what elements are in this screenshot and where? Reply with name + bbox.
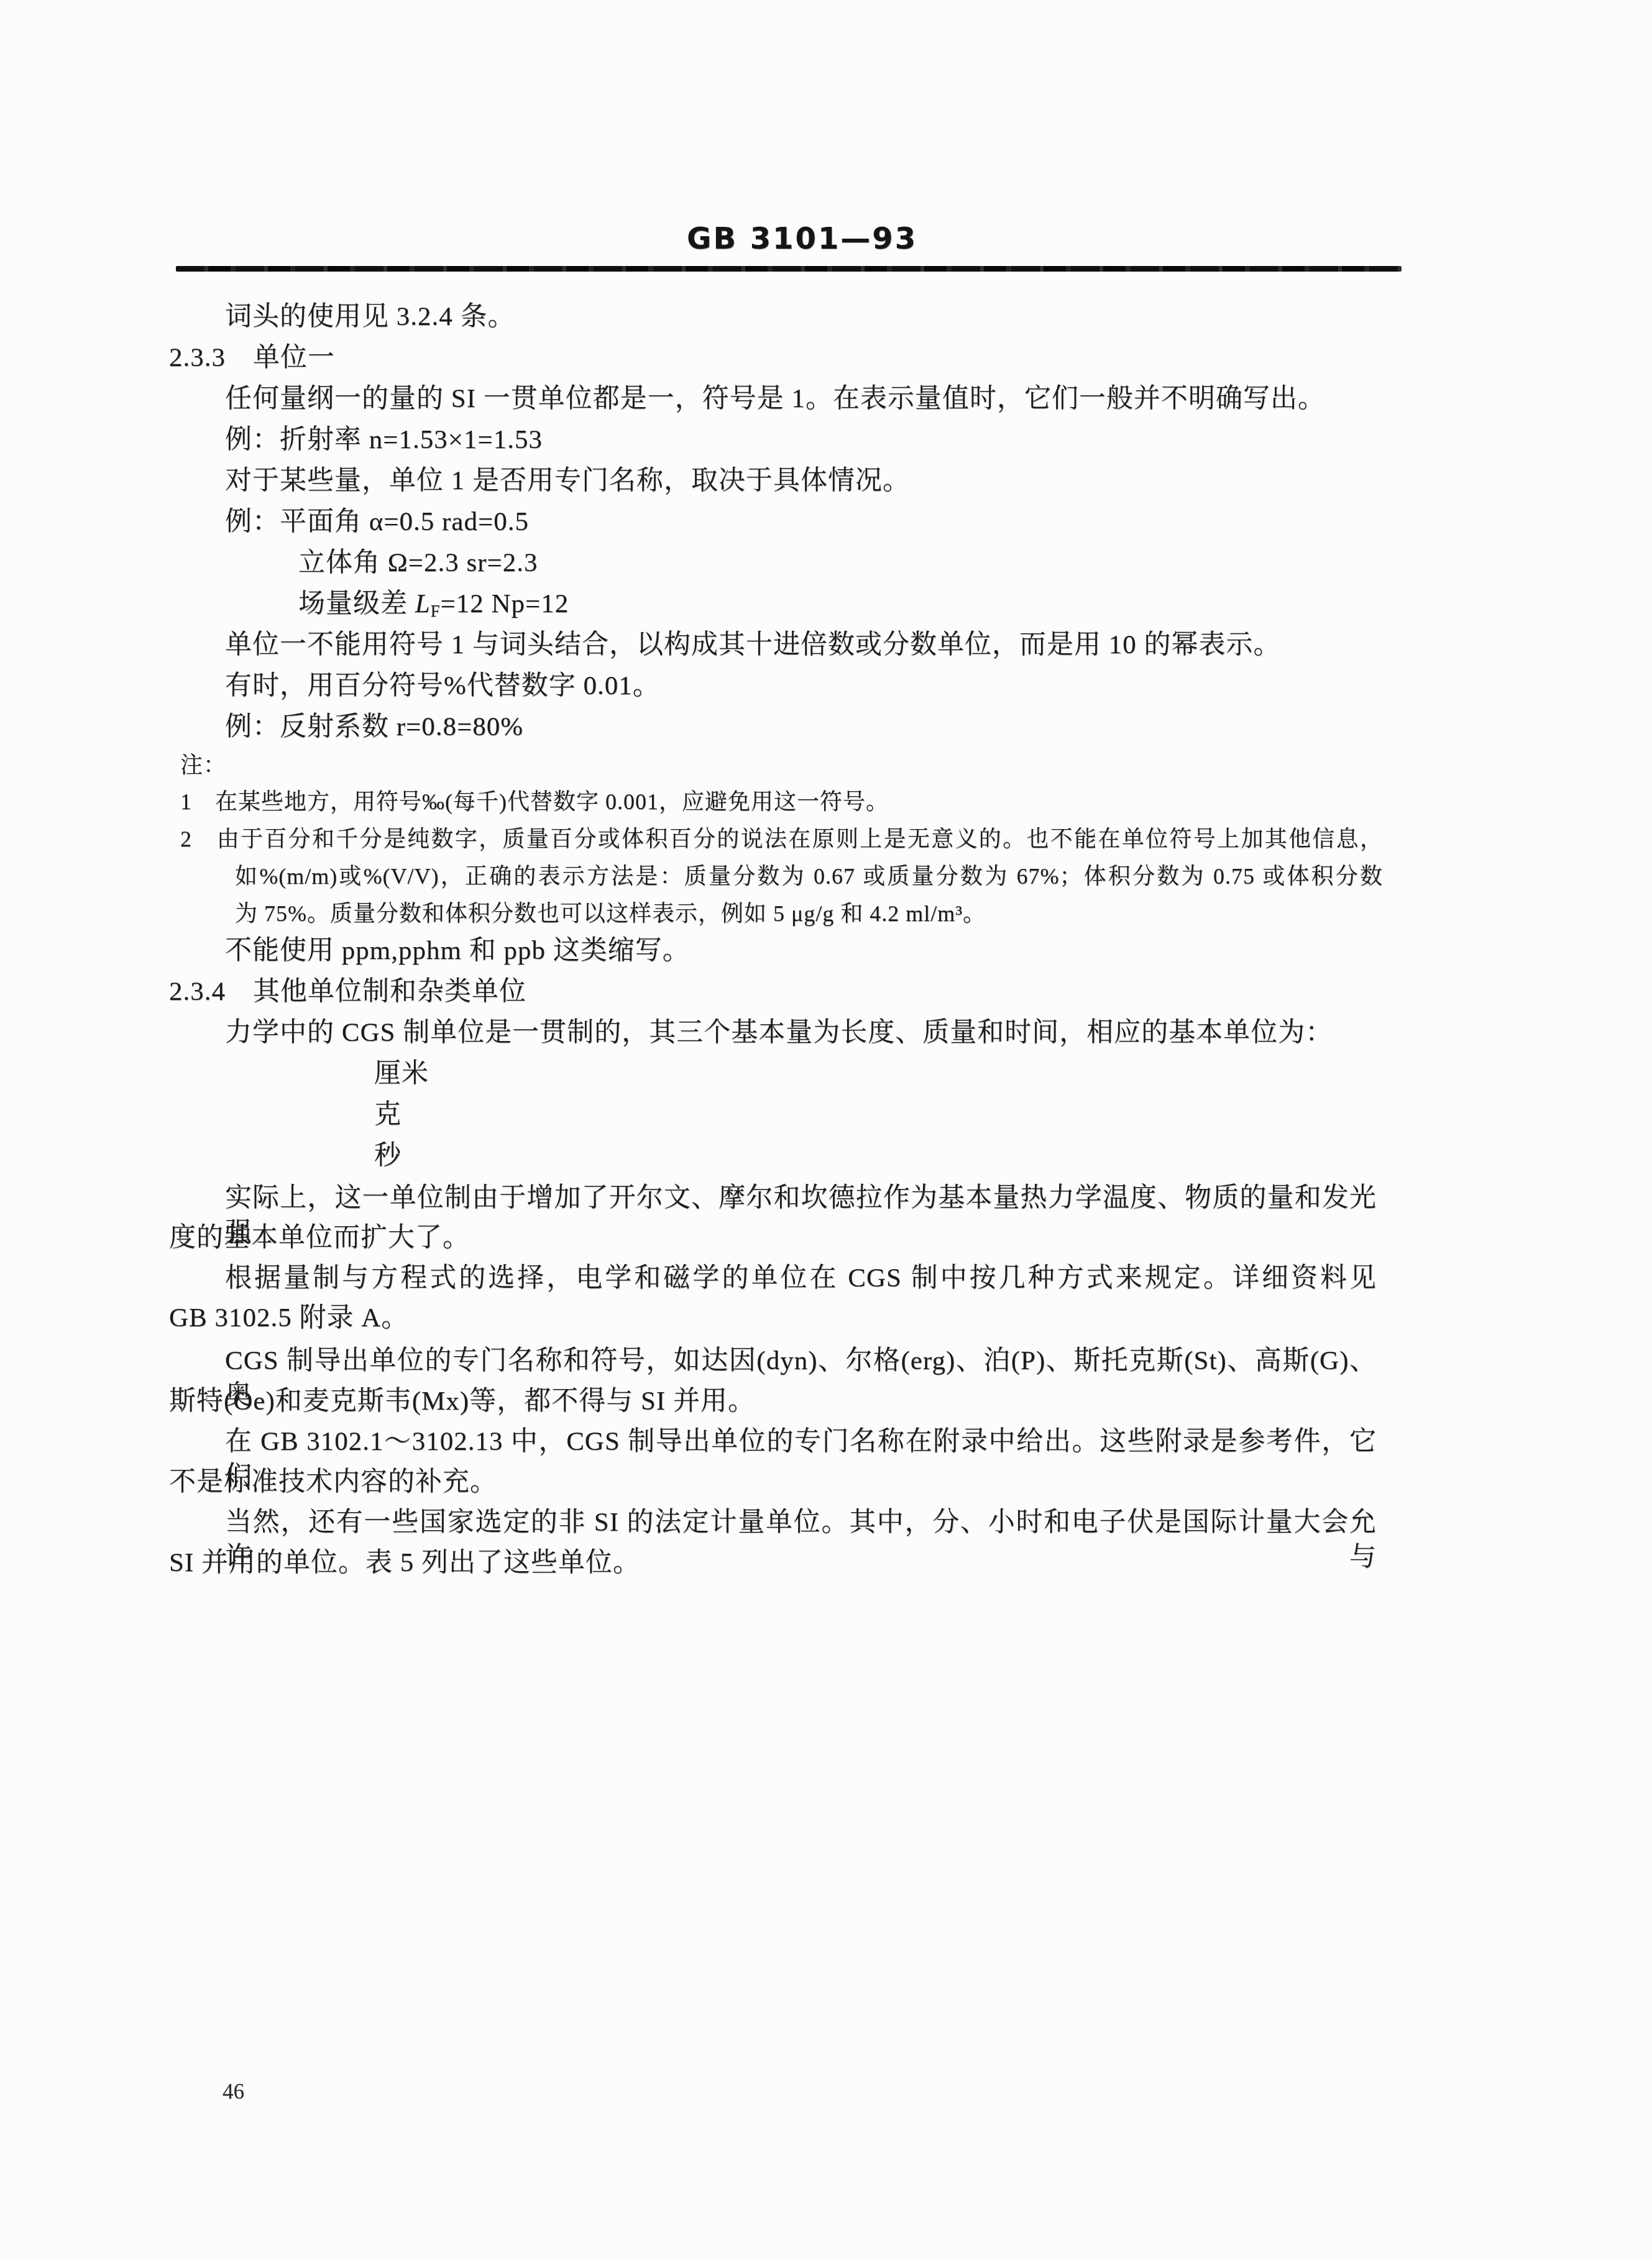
field-level-label: 场量级差 bbox=[298, 589, 415, 618]
section-heading: 2.3.3 单位一 bbox=[169, 341, 335, 375]
unit-name-line: 克 bbox=[374, 1098, 402, 1132]
example-line: 例：反射系数 r=0.8=80% bbox=[225, 710, 523, 745]
standard-number: GB 3101—93 bbox=[687, 221, 917, 256]
unit-name-line: 秒 bbox=[374, 1139, 402, 1173]
note-line: 1 在某些地方，用符号‰(每千)代替数字 0.001，应避免用这一符号。 bbox=[180, 787, 889, 817]
body-line: 对于某些量，单位 1 是否用专门名称，取决于具体情况。 bbox=[225, 464, 910, 498]
example-line: 例：折射率 n=1.53×1=1.53 bbox=[225, 423, 543, 457]
body-line: 词头的使用见 3.2.4 条。 bbox=[225, 300, 515, 334]
note-label: 注： bbox=[180, 750, 226, 780]
scanned-document-page: GB 3101—93 词头的使用见 3.2.4 条。 2.3.3 单位一 任何量… bbox=[0, 0, 1652, 2261]
body-line: 力学中的 CGS 制单位是一贯制的，其三个基本量为长度、质量和时间，相应的基本单… bbox=[225, 1016, 1333, 1050]
header-rule bbox=[176, 266, 1402, 272]
page-number: 46 bbox=[223, 2080, 244, 2104]
body-line: GB 3102.5 附录 A。 bbox=[169, 1301, 408, 1336]
body-line: 有时，用百分符号%代替数字 0.01。 bbox=[225, 669, 660, 704]
example-line: 例：平面角 α=0.5 rad=0.5 bbox=[225, 505, 529, 539]
example-line: 立体角 Ω=2.3 sr=2.3 bbox=[298, 546, 538, 580]
body-line: 根据量制与方程式的选择，电学和磁学的单位在 CGS 制中按几种方式来规定。详细资… bbox=[225, 1261, 1377, 1296]
variable-symbol: L bbox=[415, 589, 431, 618]
body-line: 单位一不能用符号 1 与词头结合，以构成其十进倍数或分数单位，而是用 10 的幂… bbox=[225, 628, 1281, 663]
body-line: 斯特(Oe)和麦克斯韦(Mx)等，都不得与 SI 并用。 bbox=[169, 1384, 755, 1419]
note-line: 2 由于百分和千分是纯数字，质量百分或体积百分的说法在原则上是无意义的。也不能在… bbox=[180, 824, 1383, 854]
section-heading: 2.3.4 其他单位制和杂类单位 bbox=[169, 975, 526, 1009]
body-line: 不能使用 ppm,pphm 和 ppb 这类缩写。 bbox=[225, 933, 690, 968]
example-line: 场量级差 LF=12 Np=12 bbox=[298, 587, 569, 628]
subscript-f: F bbox=[431, 602, 441, 620]
body-line: SI 并用的单位。表 5 列出了这些单位。 bbox=[169, 1546, 640, 1580]
note-line: 如%(m/m)或%(V/V)，正确的表示方法是：质量分数为 0.67 或质量分数… bbox=[235, 861, 1383, 891]
body-line: 不是标准技术内容的补充。 bbox=[169, 1465, 497, 1500]
note-line: 为 75%。质量分数和体积分数也可以这样表示，例如 5 μg/g 和 4.2 m… bbox=[235, 899, 986, 929]
body-line: 度的基本单位而扩大了。 bbox=[169, 1221, 470, 1255]
field-level-value: =12 Np=12 bbox=[441, 589, 569, 618]
unit-name-line: 厘米 bbox=[374, 1057, 429, 1091]
body-line: 任何量纲一的量的 SI 一贯单位都是一，符号是 1。在表示量值时，它们一般并不明… bbox=[225, 382, 1325, 416]
